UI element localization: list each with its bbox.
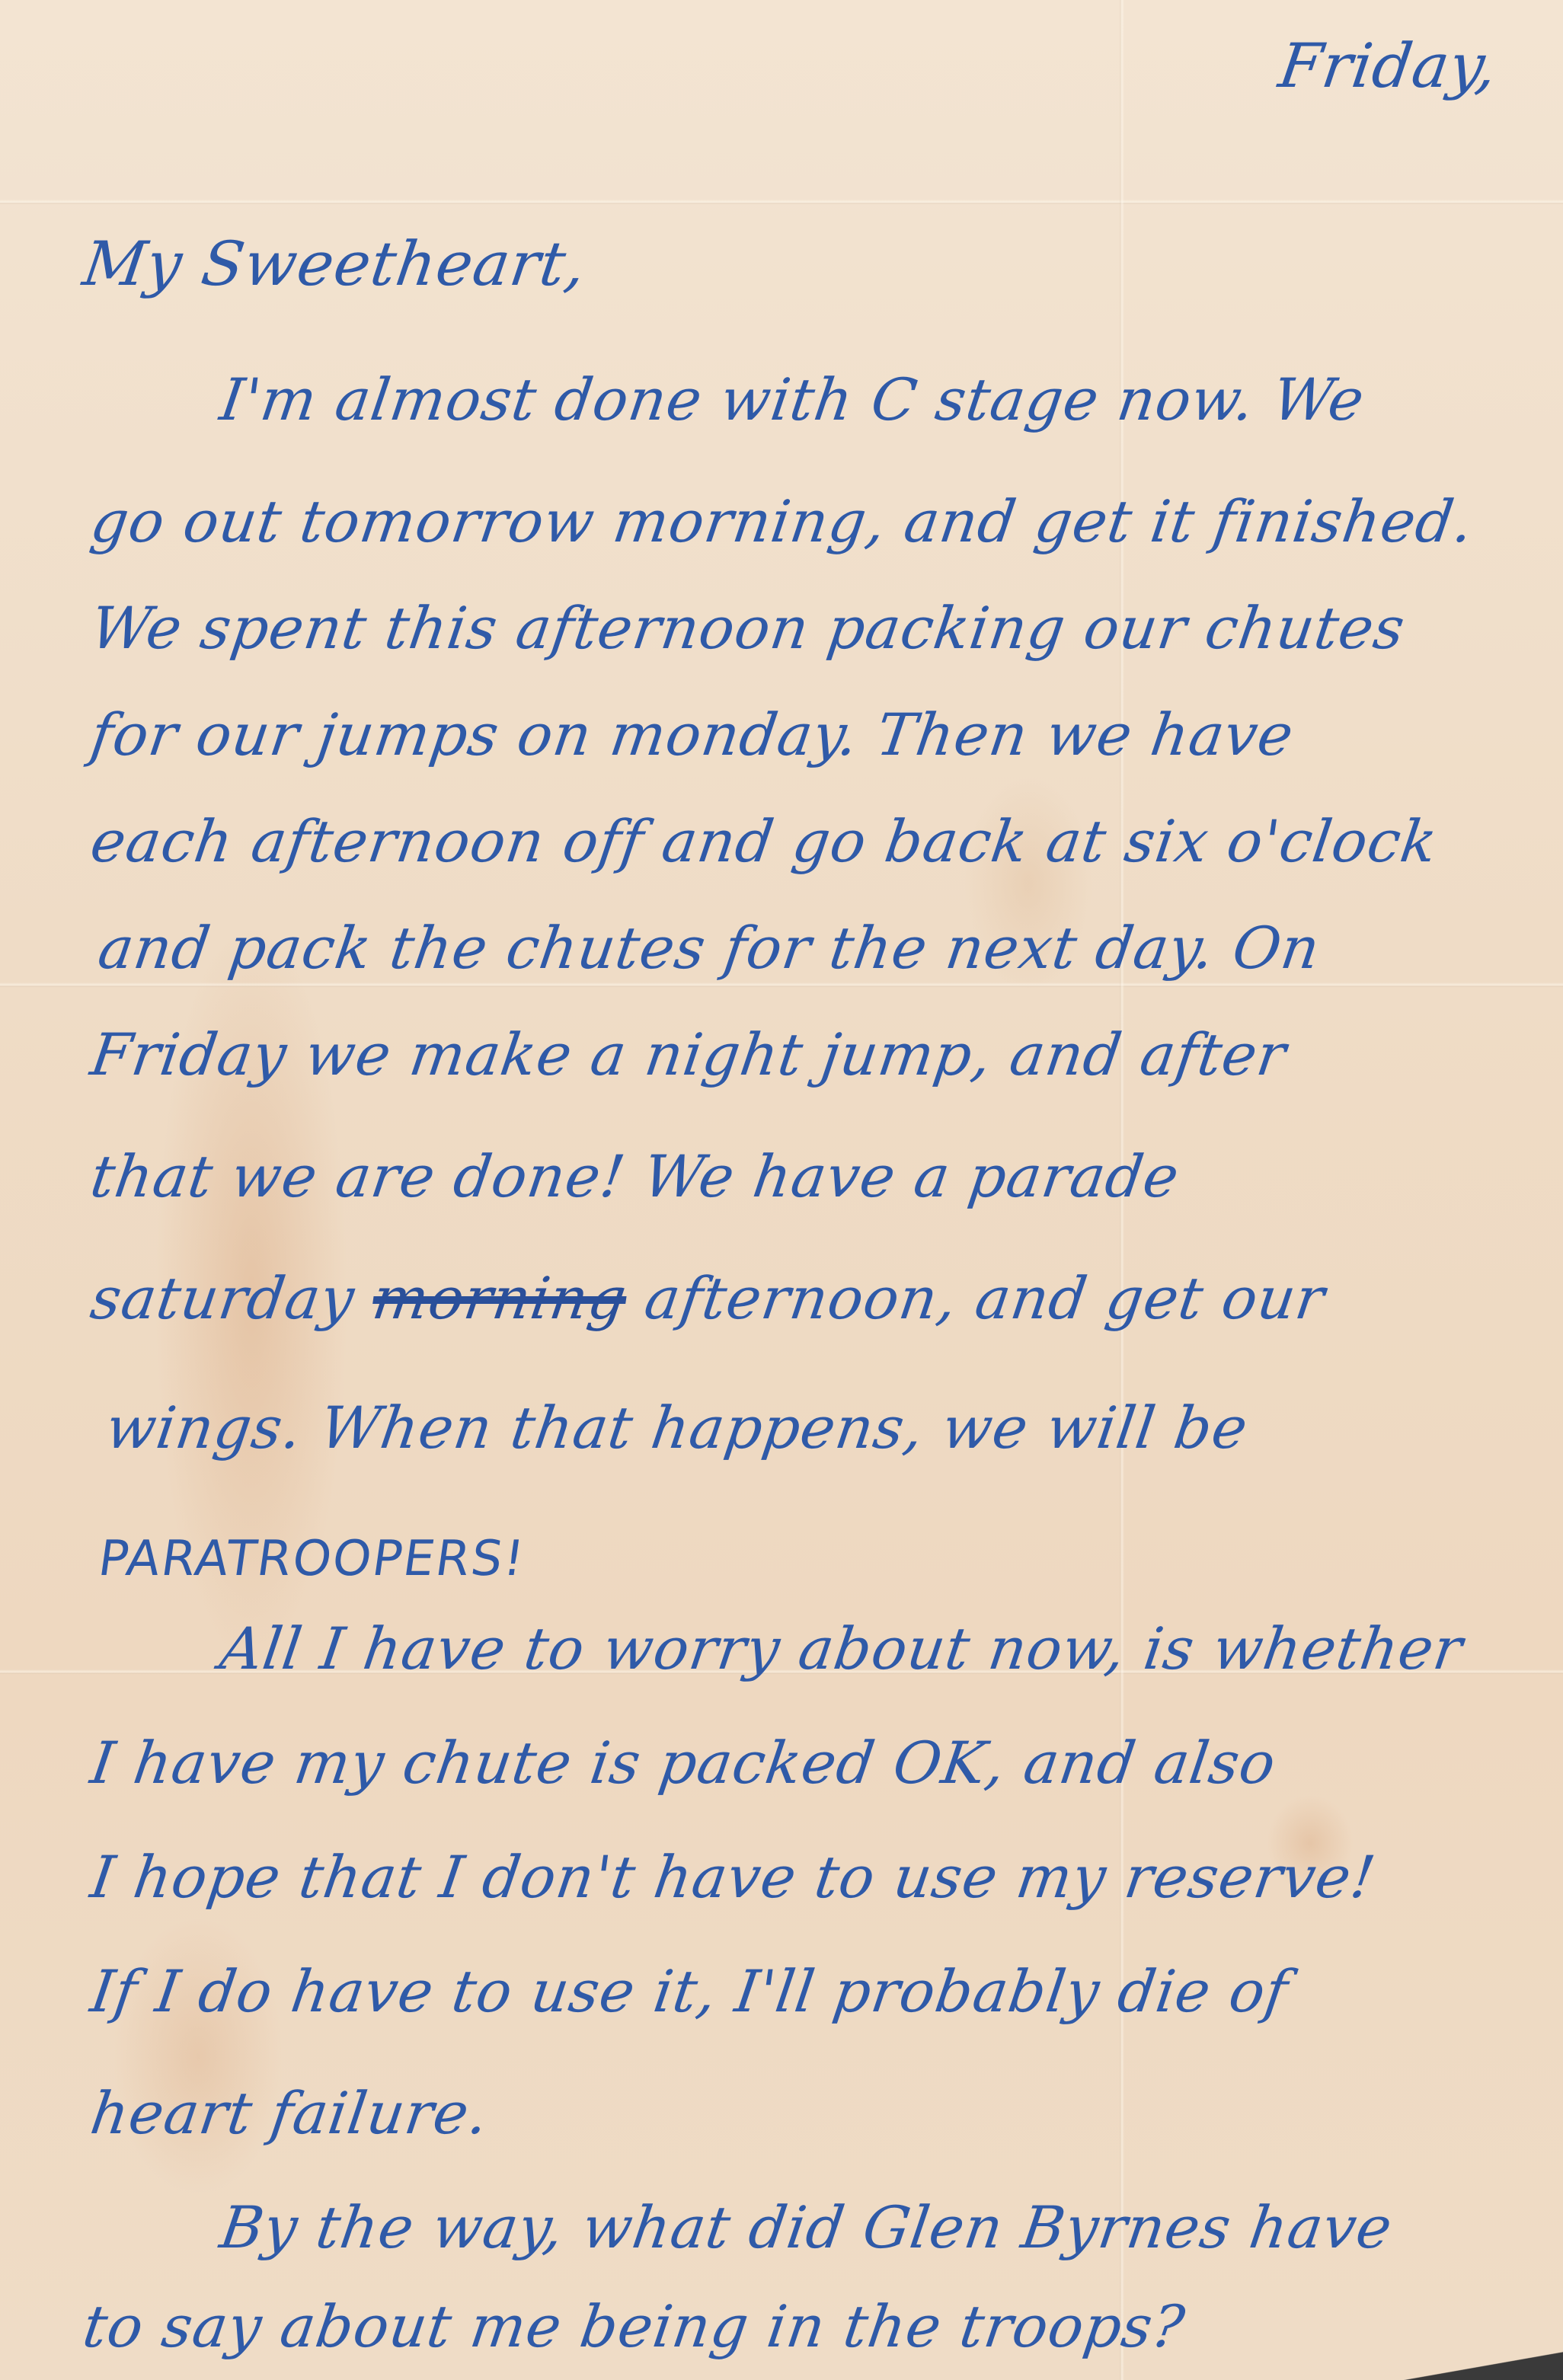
letter-line-7: Friday we make a night jump, and after <box>87 1021 1291 1088</box>
letter-line-6: and pack the chutes for the next day. On <box>94 914 1325 982</box>
line-9-end: afternoon, and get our <box>641 1264 1329 1332</box>
letter-line-12: All I have to worry about now, is whethe… <box>216 1615 1467 1682</box>
fold-crease-top <box>0 200 1563 204</box>
letter-line-17: By the way, what did Glen Byrnes have <box>216 2193 1397 2261</box>
letter-line-9: saturday morning afternoon, and get our <box>87 1264 1329 1332</box>
letter-line-2: go out tomorrow morning, and get it fini… <box>87 487 1478 555</box>
letter-line-5: each afternoon off and go back at six o'… <box>87 807 1442 875</box>
letter-date: Friday, <box>1274 30 1501 101</box>
page-corner-shadow <box>1334 2350 1563 2380</box>
struck-out-word: morning <box>369 1264 631 1332</box>
letter-salutation: My Sweetheart, <box>78 228 590 299</box>
line-9-start: saturday <box>87 1264 360 1332</box>
letter-line-10: wings. When that happens, we will be <box>102 1394 1252 1462</box>
letter-line-4: for our jumps on monday. Then we have <box>87 701 1298 768</box>
letter-line-3: We spent this afternoon packing our chut… <box>87 594 1409 662</box>
letter-line-15: If I do have to use it, I'll probably di… <box>87 1957 1293 2025</box>
letter-line-1: I'm almost done with C stage now. We <box>216 366 1369 433</box>
letter-line-18: to say about me being in the troops? <box>79 2292 1189 2360</box>
letter-line-paratroopers: PARATROOPERS! <box>95 1531 529 1587</box>
letter-line-8: that we are done! We have a parade <box>87 1142 1184 1210</box>
fold-crease-middle <box>0 982 1563 987</box>
letter-line-13: I have my chute is packed OK, and also <box>87 1729 1280 1797</box>
letter-line-16: heart failure. <box>87 2079 493 2147</box>
letter-line-14: I hope that I don't have to use my reser… <box>87 1843 1380 1911</box>
